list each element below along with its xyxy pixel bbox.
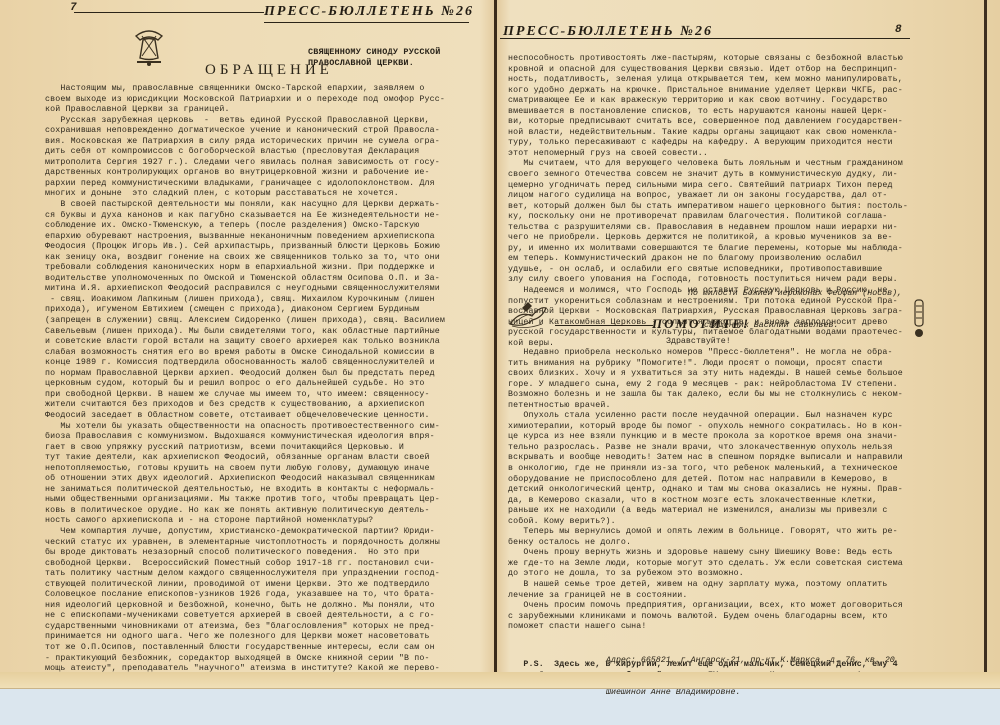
text-line: Очень прошу вернуть жизнь и здоровье наш… <box>508 548 903 559</box>
text-line: Феодосия (Процюк Игорь Ив.). Сей архипас… <box>45 242 445 253</box>
running-head: ПРЕСС-БЮЛЛЕТЕНЬ №26 <box>264 4 474 20</box>
text-line: церковным судом, который бы и решил вопр… <box>45 379 445 390</box>
text-line: ру, и именно их молитвами совершаются те… <box>508 244 908 255</box>
text-line: ной власти, недействительным. Такие кадр… <box>508 128 908 139</box>
text-line: Недавно приобрела несколько номеров "Пре… <box>508 348 903 359</box>
signature-line: По милости Божией иеромонах Феофан (Носо… <box>688 289 902 300</box>
text-line: Соловецкое послание епископов-узников 19… <box>45 590 445 601</box>
bulletin-spread: 7 ПРЕСС-БЮЛЛЕТЕНЬ №26 СВЯЩЕННОМУ СИНОДУ … <box>0 0 1000 688</box>
text-line: ся буквы и духа канонов и как пагубно ск… <box>45 211 445 222</box>
page-number: 8 <box>895 24 902 36</box>
text-line: ковь в политическое орудие. Но как же по… <box>45 506 445 517</box>
text-line: своих близких. Хочу и я ухватиться за эт… <box>508 369 903 380</box>
address-line: Шиешиной Анне Владимировне. <box>606 688 895 699</box>
text-line: кого удобно держать на крючке. Пристальн… <box>508 86 908 97</box>
text-line: ем теперь. Коммунистический дракон не по… <box>508 254 908 265</box>
plant-icon <box>506 298 550 330</box>
text-line: петентностью врачей. <box>508 401 903 412</box>
text-line: тить внимания на рубрику "Помогите!". Лю… <box>508 359 903 370</box>
header-rule <box>74 12 264 13</box>
text-line: дить себя от компромиссов с богоборческо… <box>45 147 445 158</box>
text-line: ность самого архиепископа и - на стороне… <box>45 516 445 527</box>
text-line: биоза Православия с коммунизмом. Выдохша… <box>45 432 445 443</box>
text-line: об отношении этих двух идеологий. Архиеп… <box>45 474 445 485</box>
text-line: не заниматься политической деятельностью… <box>45 485 445 496</box>
text-line: Опухоль стала усиленно расти после неуда… <box>508 411 903 422</box>
text-line: жители считаются без приходов и без сред… <box>45 400 445 411</box>
text-line: рархии перед коммунистическими владыками… <box>45 179 445 190</box>
section-rule <box>555 325 653 326</box>
help-letter-body: Недавно приобрела несколько номеров "Пре… <box>508 348 903 633</box>
text-line: вия. Московская же Патриархия в силу ряд… <box>45 137 445 148</box>
text-line: Очень просим помочь предприятия, организ… <box>508 601 903 612</box>
text-line: и советские власти горой встали на защит… <box>45 337 445 348</box>
text-line: своем выходе из юрисдикции Московской Па… <box>45 95 445 106</box>
text-line: туру, только пересаживают с кафедры на к… <box>508 138 908 149</box>
text-line: вскрывать и вообще неводить! Затем нас в… <box>508 453 903 464</box>
text-line: В своей пастырской деятельности мы понял… <box>45 200 445 211</box>
text-line: P.S. Здесь же, в хирургии, лежит еще оди… <box>508 660 898 671</box>
text-line: как зеницу ока, воздвиг гонение на своих… <box>45 253 445 264</box>
text-line: с зарубежными клиниками и помочь валютой… <box>508 612 903 623</box>
text-line: соблюдение их. Омско-Тюменскую, а теперь… <box>45 221 445 232</box>
text-line: тут такие деятели, как архиепископ Феодо… <box>45 453 445 464</box>
text-line: митина И.Я. архиепископ Феодосий расправ… <box>45 284 445 295</box>
text-line: Феодосий заседает в Областном совете, от… <box>45 411 445 422</box>
text-line: Савельевым (лишен прихода). Мы были свид… <box>45 327 445 338</box>
text-line: неспособность противостоять лже-пастырям… <box>508 54 908 65</box>
text-line: Мы считаем, что для верующего человека б… <box>508 159 908 170</box>
text-line: да, в Кемерово сказали, что в костном мо… <box>508 496 903 507</box>
text-line: епархию обуревают настроения, вызванные … <box>45 232 445 243</box>
text-line: ния идеологий церковной и безбожной, кон… <box>45 601 445 612</box>
text-line: - свящ. Иоакимом Лапкиным (лишен прихода… <box>45 295 445 306</box>
text-line: слабая возможность снятия его во время р… <box>45 348 445 359</box>
text-line: ку, поскольку они не противоречат правил… <box>508 212 908 223</box>
greeting: Здравствуйте! <box>666 337 731 346</box>
text-line: сударственными чиновниками от атеизма, б… <box>45 622 445 633</box>
text-line: этот непомерный груз на своей совести.. <box>508 149 908 160</box>
text-line: лицом нагого судилища на вопрос, уважает… <box>508 191 908 202</box>
text-line: лечение за границей не в состоянии. <box>508 591 903 602</box>
text-line: Мы хотели бы указать общественности на о… <box>45 422 445 433</box>
page-edge <box>984 0 987 688</box>
text-line: по нормам Православной Церкви архиеп. Фе… <box>45 369 445 380</box>
text-line: - практикующий безбожник, соредактор вых… <box>45 654 445 665</box>
text-line: водительстве уполномоченных по Омской и … <box>45 274 445 285</box>
text-line: детский онкологический центр, однако и т… <box>508 485 903 496</box>
paper-bottom-edge <box>0 672 1000 689</box>
text-line: не с епископами-мучениками советуется ар… <box>45 611 445 622</box>
text-line: ствующей политической линии, проводимой … <box>45 580 445 591</box>
text-line: Возможно болезнь и не зашла бы так далек… <box>508 390 903 401</box>
text-line: гает в свою упряжку русский патриотизм, … <box>45 443 445 454</box>
text-line: це курса из нее взяли пункцию и в месте … <box>508 432 903 443</box>
exclamation-icon <box>912 298 926 340</box>
text-line: прихода), игуменом Евтихием (смещен с пр… <box>45 305 445 316</box>
left-page: 7 ПРЕСС-БЮЛЛЕТЕНЬ №26 СВЯЩЕННОМУ СИНОДУ … <box>0 0 494 688</box>
text-line: Теперь мы вернулись домой и опять лежим … <box>508 527 903 538</box>
appeal-body: Настоящим мы, православные священники Ом… <box>45 84 445 688</box>
text-line: собой. Кому верить?). <box>508 517 903 528</box>
text-line: химиотерапии, который вроде бы помог - о… <box>508 422 903 433</box>
text-line: кровной и опасной для существования Церк… <box>508 65 908 76</box>
text-line: В нашей семье трое детей, живем на одну … <box>508 580 903 591</box>
text-line: Настоящим мы, православные священники Ом… <box>45 84 445 95</box>
text-line: Русская зарубежная церковь - ветвь едино… <box>45 116 445 127</box>
text-line: же где-то на Земле люди, которые могут э… <box>508 559 903 570</box>
text-line: ность, податливость, зеленая улица откры… <box>508 75 908 86</box>
text-line: тельно разрослась. Разве не знали врачи,… <box>508 443 903 454</box>
text-line: при свободной Церкви. В нашем же случае … <box>45 390 445 401</box>
text-line: кой Православной Церкви за границей. <box>45 105 445 116</box>
bell-icon <box>128 28 170 68</box>
text-line: до этого не дошла, то за рубежом это воз… <box>508 569 903 580</box>
text-line: свободной Церкви. Всероссийский Поместны… <box>45 559 445 570</box>
header-rule <box>264 22 469 23</box>
text-line: ви, которые предписывают считать все, со… <box>508 117 908 128</box>
text-line: вмешивается в постановление списков, то … <box>508 107 908 118</box>
text-line: конце 1989 г. Комиссия подтвердила обосн… <box>45 358 445 369</box>
text-line: чего не приобрели. Церковь держится не п… <box>508 233 908 244</box>
text-line: бенку осталось не долго. <box>508 538 903 549</box>
text-line: требовали соблюдения канонических норм в… <box>45 263 445 274</box>
text-line: горе. У младшего сына, ему 2 года 9 меся… <box>508 380 903 391</box>
section-title: ПОМОГИТЕ! <box>652 316 750 332</box>
text-line: митрополита Сергия 1927 г.). Следами чег… <box>45 158 445 169</box>
text-line: сохранившая неповрежденно догматическое … <box>45 126 445 137</box>
text-line: Чем компартия лучше, допустим, христианс… <box>45 527 445 538</box>
text-line: ческий статус их уравнен, в элементарные… <box>45 538 445 549</box>
text-line: принимается ни одного шага. Чего же поле… <box>45 632 445 643</box>
text-line: поможет спасти нашего сына! <box>508 622 903 633</box>
text-line: (запрещен в служении) свящ. Алексием Сид… <box>45 316 445 327</box>
text-line: сматривающее Ее и как вражескую территор… <box>508 96 908 107</box>
text-line: своего земного Отечества совсем не значи… <box>508 170 908 181</box>
text-line: оборудование не приспособлено для детей.… <box>508 475 903 486</box>
text-line: тать политику частным делом каждого свящ… <box>45 569 445 580</box>
text-line: тельства с разрушителями св. Православия… <box>508 223 908 234</box>
page-spine <box>494 0 497 688</box>
text-line: вет, который должен был бы стать императ… <box>508 202 908 213</box>
text-line: ными общественными организациями. Мы так… <box>45 495 445 506</box>
text-line: бы вроде диктовать незазорный способ пол… <box>45 548 445 559</box>
text-line: в онкологию, где не приняли из-за того, … <box>508 464 903 475</box>
page-title: ОБРАЩЕНИЕ <box>205 62 333 79</box>
text-line: многих и доныне это сладкий плен, с кото… <box>45 189 445 200</box>
text-line: тот же О.П.Осипов, поставленный блюсти г… <box>45 643 445 654</box>
text-line: цемерно угодничать перед сильными мира с… <box>508 181 908 192</box>
text-line: дарственных контролирующих органов во вн… <box>45 168 445 179</box>
text-line: раньше их не находили (а ведь материал н… <box>508 506 903 517</box>
addressee-line: СВЯЩЕННОМУ СИНОДУ РУССКОЙ <box>308 47 448 58</box>
text-line: непотопляемостью, готовы крушить на свое… <box>45 464 445 475</box>
header-rule <box>500 38 910 39</box>
